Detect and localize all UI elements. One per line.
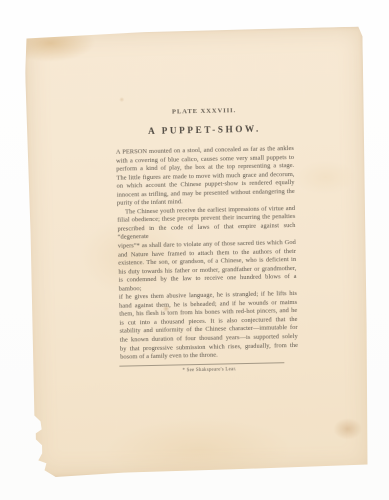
book-page: PLATE XXXVIII. A PUPPET-SHOW. A PERSON m… [24,27,371,478]
paragraph: The Chinese youth receive the earliest i… [117,205,298,363]
photo-background: PLATE XXXVIII. A PUPPET-SHOW. A PERSON m… [0,0,389,500]
plate-number-label: PLATE XXXVIII. [115,106,293,117]
page-content: PLATE XXXVIII. A PUPPET-SHOW. A PERSON m… [115,106,299,374]
body-text: A PERSON mounted on a stool, and conceal… [116,145,298,362]
page-title: A PUPPET-SHOW. [115,123,293,137]
footnote: * See Shakspeare's Lear. [120,366,298,375]
paragraph: A PERSON mounted on a stool, and conceal… [116,145,295,209]
